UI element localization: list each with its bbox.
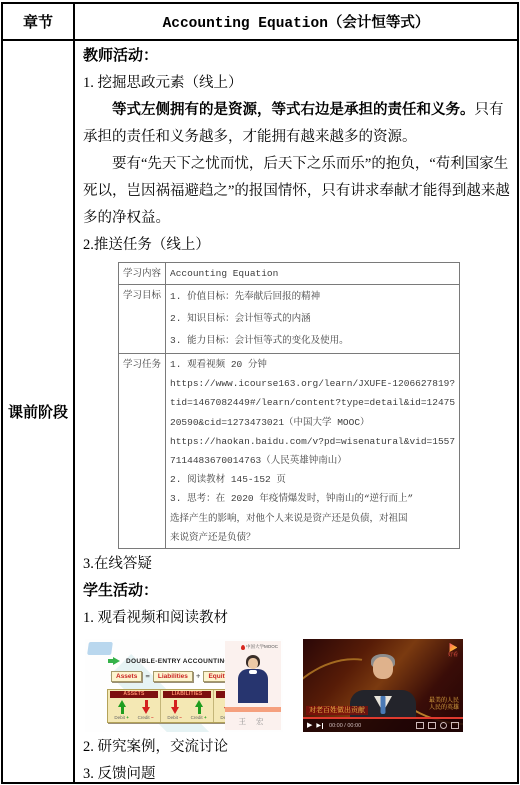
panel-title: LIABILITIES — [163, 691, 211, 698]
student-item-1: 1. 观看视频和阅读教材 — [83, 605, 511, 632]
credit-label: Credit + — [191, 715, 207, 720]
media-images-row: DOUBLE-ENTRY ACCOUNTING Assets = Liabili… — [85, 639, 511, 732]
goal-line: 2. 知识目标：会计恒等式的内涵 — [170, 308, 455, 330]
avatar-body — [238, 669, 268, 703]
video-time: 00:00 / 00:00 — [329, 723, 361, 729]
mooc-course-screenshot: DOUBLE-ENTRY ACCOUNTING Assets = Liabili… — [85, 639, 283, 732]
video-subtitle: 对老百姓做出贡献 — [306, 706, 368, 715]
panel-arrows — [110, 700, 158, 714]
arrow-up-icon — [118, 700, 127, 714]
stage-label: 课前阶段 — [8, 401, 68, 422]
decoration-blue-shape — [87, 642, 113, 655]
student-item-2: 2. 研究案例，交流讨论 — [83, 734, 511, 761]
settings-icon[interactable] — [440, 722, 447, 729]
play-icon[interactable]: ▶ — [307, 719, 312, 732]
haokan-link[interactable]: 7114483670014763（人民英雄钟南山） — [170, 451, 455, 470]
assets-panel: ASSETS Debit + Credit − — [108, 690, 160, 722]
caption-line: 人民的英雄 — [429, 705, 459, 712]
video-right-controls — [416, 722, 459, 729]
task-line: 3. 思考：在 2020 年疫情爆发时，钟南山的“逆行而上” — [170, 489, 455, 508]
zhong-nanshan-video-screenshot: 好看 最美的人民 人民的英雄 对老百姓做出贡献 ▶ ▶ 00:00 / 00:0… — [303, 639, 463, 732]
presenter-avatar — [236, 655, 270, 703]
goal-line: 3. 能力目标：会计恒等式的变化及使用。 — [170, 330, 455, 352]
task-line: 1. 观看视频 20 分钟 — [170, 355, 455, 374]
row-value-goals: 1. 价值目标：先奉献后回报的精神 2. 知识目标：会计恒等式的内涵 3. 能力… — [166, 285, 460, 354]
quality-icon[interactable] — [428, 722, 436, 729]
slide-title-row: DOUBLE-ENTRY ACCOUNTING — [113, 657, 230, 665]
student-activities-heading: 学生活动： — [83, 578, 511, 605]
task-line: 2. 阅读教材 145-152 页 — [170, 470, 455, 489]
equals-sign: = — [145, 672, 150, 681]
avatar-face — [373, 657, 393, 679]
chapter-label: 章节 — [23, 11, 53, 32]
accounting-equation-row: Assets = Liabilities + Equity — [111, 671, 233, 682]
caption-line: 最美的人民 — [429, 698, 459, 705]
video-caption: 最美的人民 人民的英雄 — [429, 698, 459, 712]
debit-credit-labels: Debit − Credit + — [163, 715, 211, 720]
credit-label: Credit − — [138, 715, 154, 720]
avatar-tie — [381, 696, 386, 714]
arrow-up-icon — [195, 700, 204, 714]
mooc-logo-text: 中国大学MOOC — [246, 644, 278, 650]
mooc-link[interactable]: https://www.icourse163.org/learn/JXUFE-1… — [170, 374, 455, 393]
lesson-plan-table: 章节 Accounting Equation（会计恒等式） 课前阶段 教师活动：… — [1, 2, 519, 784]
mooc-link[interactable]: tid=1467082449#/learn/content?type=detai… — [170, 393, 455, 412]
haokan-logo: 好看 — [448, 643, 458, 658]
panel-title: ASSETS — [110, 691, 158, 698]
content-line: Accounting Equation — [170, 264, 455, 283]
panel-arrows — [163, 700, 211, 714]
mooc-link[interactable]: 20590&cid=1273473021（中国大学 MOOC） — [170, 413, 455, 432]
debit-credit-labels: Debit + Credit − — [110, 715, 158, 720]
flame-icon — [241, 645, 245, 650]
ideology-bold-text: 等式左侧拥有的是资源，等式右边是承担的责任和义务。 — [112, 102, 475, 118]
stage-cell: 课前阶段 — [3, 41, 75, 782]
task-line: 选择产生的影响，对他个人来说是资产还是负债，对祖国 — [170, 509, 455, 528]
slide-title: DOUBLE-ENTRY ACCOUNTING — [126, 658, 230, 665]
arrow-right-icon — [113, 657, 120, 665]
liabilities-panel: LIABILITIES Debit − Credit + — [160, 690, 213, 722]
row-label-tasks: 学习任务 — [119, 354, 166, 549]
row-value-content: Accounting Equation — [166, 263, 460, 285]
assets-box: Assets — [111, 671, 142, 682]
danmaku-icon[interactable] — [416, 722, 424, 729]
haokan-link[interactable]: https://haokan.baidu.com/v?pd=wisenatura… — [170, 432, 455, 451]
debit-label: Debit − — [167, 715, 181, 720]
task-line: 来说资产还是负债？ — [170, 528, 455, 547]
plus-sign: + — [196, 672, 201, 681]
student-item-3: 3. 反馈问题 — [83, 761, 511, 782]
chapter-title: Accounting Equation（会计恒等式） — [163, 11, 430, 32]
arrow-down-icon — [142, 700, 151, 714]
teacher-item-3: 3.在线答疑 — [83, 551, 511, 578]
row-value-tasks: 1. 观看视频 20 分钟 https://www.icourse163.org… — [166, 354, 460, 549]
next-icon[interactable]: ▶ — [316, 722, 323, 729]
debit-label: Debit + — [114, 715, 128, 720]
patriotism-paragraph: 要有“先天下之忧而忧，后天下之乐而乐”的抱负，“苟利国家生死以，岂因祸福避趋之”… — [83, 151, 511, 232]
ideology-paragraph: 等式左侧拥有的是资源，等式右边是承担的责任和义务。只有承担的责任和义务越多，才能… — [83, 97, 511, 151]
chapter-label-cell: 章节 — [3, 4, 75, 41]
teacher-item-1: 1. 挖掘思政元素（线上） — [83, 70, 511, 97]
row-label-content: 学习内容 — [119, 263, 166, 285]
row-label-goals: 学习目标 — [119, 285, 166, 354]
lesson-plan-page: 章节 Accounting Equation（会计恒等式） 课前阶段 教师活动：… — [0, 0, 520, 785]
decoration-orange-bar — [225, 707, 281, 712]
avatar-face — [248, 658, 258, 669]
video-control-bar: ▶ ▶ 00:00 / 00:00 — [303, 719, 463, 732]
arrow-down-icon — [171, 700, 180, 714]
content-cell: 教师活动： 1. 挖掘思政元素（线上） 等式左侧拥有的是资源，等式右边是承担的责… — [75, 41, 517, 782]
goal-line: 1. 价值目标：先奉献后回报的精神 — [170, 286, 455, 308]
play-triangle-icon — [448, 643, 457, 652]
teacher-item-2: 2.推送任务（线上） — [83, 232, 511, 259]
presenter-panel: 中国大学MOOC 王 宏 — [225, 641, 281, 730]
table-row: 学习内容 Accounting Equation — [119, 263, 460, 285]
haokan-logo-text: 好看 — [448, 652, 458, 658]
mooc-logo: 中国大学MOOC — [241, 644, 278, 650]
presenter-name: 王 宏 — [225, 716, 281, 727]
chapter-title-cell: Accounting Equation（会计恒等式） — [75, 4, 517, 41]
task-table: 学习内容 Accounting Equation 学习目标 1. 价值目标：先奉… — [118, 262, 460, 549]
fullscreen-icon[interactable] — [451, 722, 459, 729]
liabilities-box: Liabilities — [153, 671, 193, 682]
table-row: 学习目标 1. 价值目标：先奉献后回报的精神 2. 知识目标：会计恒等式的内涵 … — [119, 285, 460, 354]
avatar-collar — [249, 670, 257, 674]
table-row: 学习任务 1. 观看视频 20 分钟 https://www.icourse16… — [119, 354, 460, 549]
teacher-activities-heading: 教师活动： — [83, 43, 511, 70]
